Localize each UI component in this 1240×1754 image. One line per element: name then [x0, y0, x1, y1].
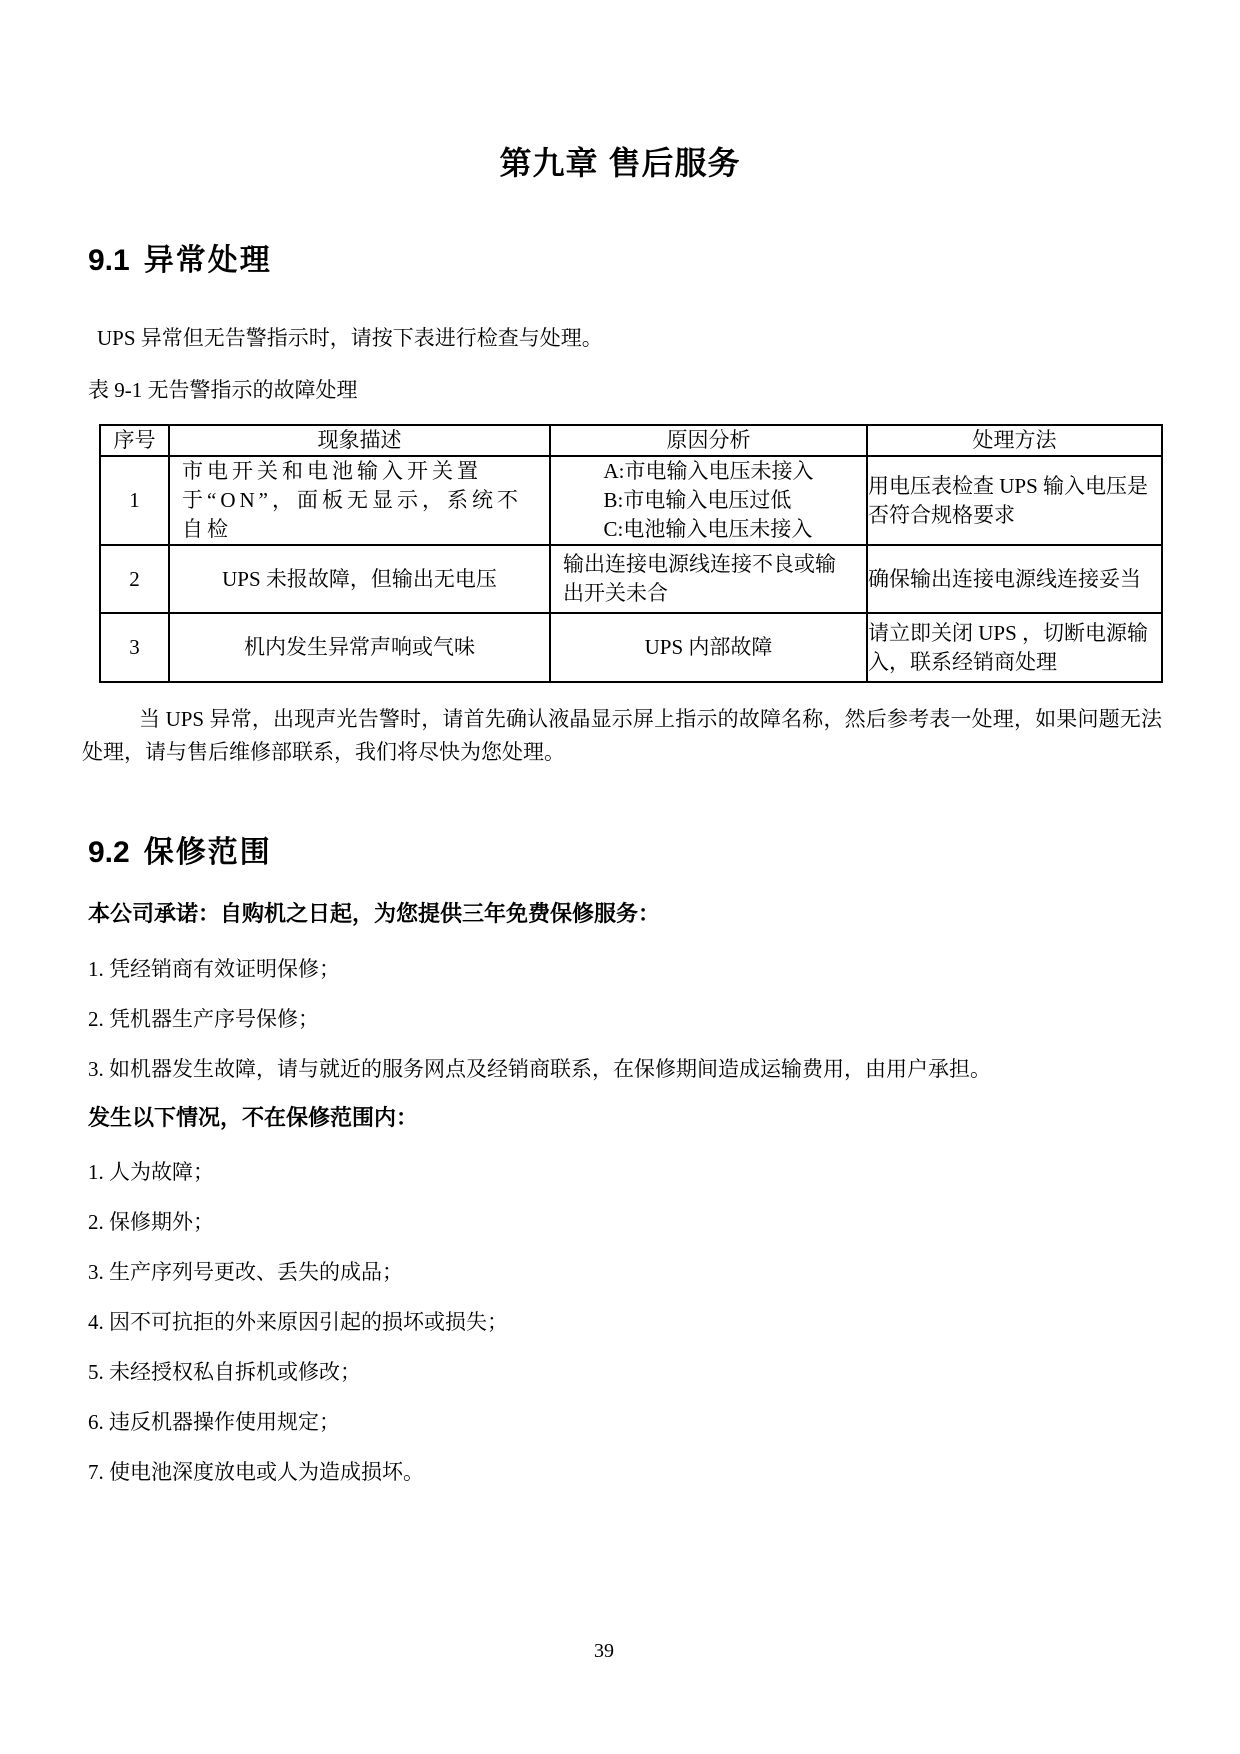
section-9-2-title: 保修范围	[144, 836, 272, 869]
cause-cell: UPS 内部故障	[550, 613, 867, 682]
troubleshooting-note: 当 UPS 异常，出现声光告警时，请首先确认液晶显示屏上指示的故障名称，然后参考…	[82, 703, 1162, 769]
list-item: 1. 凭经销商有效证明保修；	[88, 956, 991, 1006]
cause-cell: 输出连接电源线连接不良或输出开关未合	[550, 545, 867, 613]
list-item: 3. 生产序列号更改、丢失的成品；	[88, 1259, 508, 1309]
solution-cell: 请立即关闭 UPS ，切断电源输入，联系经销商处理	[867, 613, 1162, 682]
section-9-1-number: 9.1	[88, 244, 130, 277]
section-9-1-heading: 9.1异常处理	[88, 244, 272, 277]
list-item: 4. 因不可抗拒的外来原因引起的损坏或损失；	[88, 1309, 508, 1359]
document-page: 第九章 售后服务 9.1异常处理 UPS 异常但无告警指示时，请按下表进行检查与…	[0, 0, 1240, 1754]
header-cell: 原因分析	[550, 425, 867, 456]
list-item: 5. 未经授权私自拆机或修改；	[88, 1359, 508, 1409]
cause-line: 输出连接电源线连接不良或输出开关未合	[563, 550, 854, 608]
solution-cell: 确保输出连接电源线连接妥当	[867, 545, 1162, 613]
section-9-1-title: 异常处理	[144, 244, 272, 277]
list-item: 3. 如机器发生故障，请与就近的服务网点及经销商联系，在保修期间造成运输费用，由…	[88, 1056, 991, 1106]
chapter-title: 第九章 售后服务	[0, 146, 1240, 181]
fault-table-row: 1市电开关和电池输入开关置于“ON”，面板无显示，系统不自检A:市电输入电压未接…	[100, 456, 1162, 545]
cause-cell: A:市电输入电压未接入B:市电输入电压过低C:电池输入电压未接入	[550, 456, 867, 545]
row-number-cell: 3	[100, 613, 169, 682]
warranty-terms-list: 1. 凭经销商有效证明保修；2. 凭机器生产序号保修；3. 如机器发生故障，请与…	[88, 956, 991, 1106]
warranty-promise-heading: 本公司承诺：自购机之日起，为您提供三年免费保修服务：	[88, 901, 660, 927]
list-item: 2. 保修期外；	[88, 1209, 508, 1259]
cause-line: C:电池输入电压未接入	[604, 515, 814, 544]
phenomenon-cell: 机内发生异常声响或气味	[169, 613, 550, 682]
cause-line: B:市电输入电压过低	[604, 486, 814, 515]
header-cell: 序号	[100, 425, 169, 456]
fault-table-body: 1市电开关和电池输入开关置于“ON”，面板无显示，系统不自检A:市电输入电压未接…	[100, 456, 1162, 682]
warranty-exclusions-heading: 发生以下情况，不在保修范围内：	[88, 1105, 418, 1131]
row-number-cell: 1	[100, 456, 169, 545]
cause-lines: 输出连接电源线连接不良或输出开关未合	[563, 550, 854, 608]
phenomenon-cell: 市电开关和电池输入开关置于“ON”，面板无显示，系统不自检	[169, 456, 550, 545]
cause-line: A:市电输入电压未接入	[604, 457, 814, 486]
section-9-1-intro: UPS 异常但无告警指示时，请按下表进行检查与处理。	[97, 322, 603, 352]
fault-table-header-row: 序号现象描述原因分析处理方法	[100, 425, 1162, 456]
fault-table: 序号现象描述原因分析处理方法 1市电开关和电池输入开关置于“ON”，面板无显示，…	[99, 424, 1163, 683]
page-number: 39	[0, 1640, 1208, 1663]
row-number-cell: 2	[100, 545, 169, 613]
cause-lines: UPS 内部故障	[551, 633, 866, 662]
phenomenon-cell: UPS 未报故障，但输出无电压	[169, 545, 550, 613]
warranty-exclusions-list: 1. 人为故障；2. 保修期外；3. 生产序列号更改、丢失的成品；4. 因不可抗…	[88, 1159, 508, 1509]
header-cell: 现象描述	[169, 425, 550, 456]
fault-table-row: 3机内发生异常声响或气味UPS 内部故障请立即关闭 UPS ，切断电源输入，联系…	[100, 613, 1162, 682]
table-caption: 表 9-1 无告警指示的故障处理	[88, 374, 358, 404]
list-item: 6. 违反机器操作使用规定；	[88, 1409, 508, 1459]
list-item: 2. 凭机器生产序号保修；	[88, 1006, 991, 1056]
list-item: 1. 人为故障；	[88, 1159, 508, 1209]
fault-table-row: 2UPS 未报故障，但输出无电压输出连接电源线连接不良或输出开关未合确保输出连接…	[100, 545, 1162, 613]
solution-cell: 用电压表检查 UPS 输入电压是否符合规格要求	[867, 456, 1162, 545]
list-item: 7. 使电池深度放电或人为造成损坏。	[88, 1459, 508, 1509]
cause-lines: A:市电输入电压未接入B:市电输入电压过低C:电池输入电压未接入	[604, 457, 814, 544]
cause-line: UPS 内部故障	[551, 633, 866, 662]
section-9-2-heading: 9.2保修范围	[88, 836, 272, 869]
section-9-2-number: 9.2	[88, 836, 130, 869]
header-cell: 处理方法	[867, 425, 1162, 456]
